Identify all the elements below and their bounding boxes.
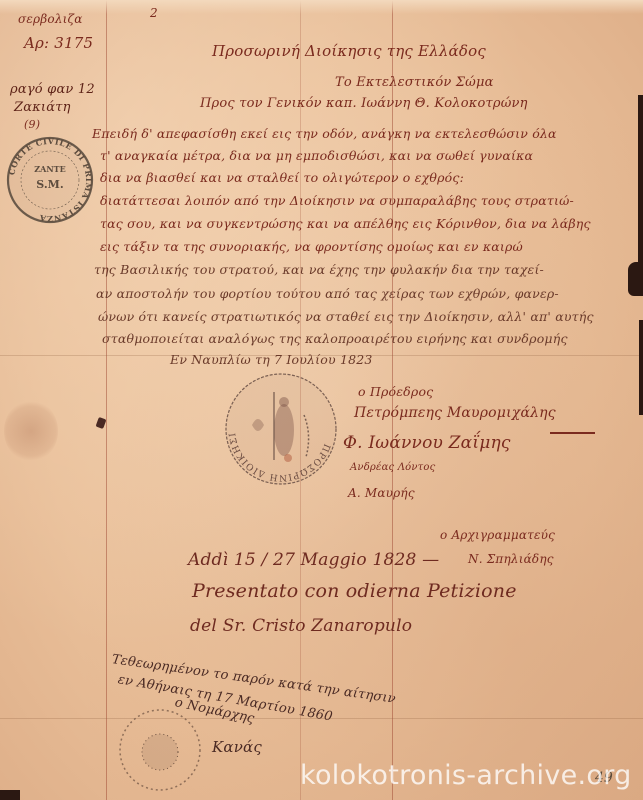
signature: Α. Μαυρής [348, 486, 415, 500]
signature: Πετρόμπεης Μαυρομιχάλης [354, 405, 556, 421]
italian-note-line: del Sr. Cristo Zanaropulo [190, 616, 412, 636]
body-line: τ' αναγκαία μέτρα, δια να μη εμποδισθώσι… [100, 148, 533, 163]
margin-note: ραγό φαν 12 [10, 82, 95, 97]
svg-text:S.M.: S.M. [36, 178, 63, 191]
signature: Φ. Ιωάννου Ζαΐμης [343, 433, 511, 453]
addressee-line: Προς τον Γενικόν καπ. Ιωάννη Θ. Κολοκοτρ… [200, 96, 528, 111]
body-line: διατάττεσαι λοιπόν από την Διοίκησιν να … [100, 193, 574, 208]
top-edge [0, 0, 643, 14]
body-line: σταθμοποιείται αναλόγως της καλοπροαιρέτ… [102, 331, 568, 346]
court-seal-icon: CORTE CIVILE DI PRIMA ISTANZA ZANTE S.M. [4, 134, 96, 226]
fold-line [106, 0, 107, 800]
italian-note-line: Presentato con odierna Petizione [192, 580, 517, 602]
number-mark: (9) [24, 118, 40, 131]
faded-seal-icon [115, 700, 205, 800]
government-seal-icon: ΠΡΟΣΩΡΙΝΗ ΔΙΟΙΚΗΣΙΣ [222, 370, 340, 488]
body-line: ώνων ότι κανείς στρατιωτικός να σταθεί ε… [98, 309, 594, 324]
margin-note: σερβολιζα [18, 12, 83, 26]
torn-edge [0, 790, 20, 800]
body-line: δια να βιασθεί και να σταλθεί το ολιγώτε… [100, 170, 464, 185]
signature-flourish [550, 432, 595, 434]
archive-watermark: kolokotronis-archive.org [300, 760, 632, 791]
svg-text:ZANTE: ZANTE [34, 164, 65, 174]
section-mark: 2 [150, 6, 158, 20]
body-line: εις τάξιν τα της συνοριακής, να φροντίση… [100, 239, 523, 254]
stain [4, 400, 58, 462]
body-line: Επειδή δ' απεφασίσθη εκεί εις την οδόν, … [92, 126, 557, 141]
margin-note-number: Αρ: 3175 [24, 34, 93, 52]
body-line: τας σου, και να συγκεντρώσης και να απέλ… [100, 216, 591, 231]
date-line: Εν Ναυπλίω τη 7 Ιουλίου 1823 [170, 352, 373, 367]
body-line: αν αποστολήν του φορτίου τούτου από τας … [96, 286, 559, 301]
secretary-signature: Ν. Σπηλιάδης [468, 552, 554, 566]
italian-note-line: Addì 15 / 27 Maggio 1828 — [188, 550, 439, 570]
torn-edge [628, 262, 643, 296]
endorsement-signature: Κανάς [212, 738, 262, 756]
torn-edge [638, 95, 643, 285]
signature: Ανδρέας Λόντος [350, 462, 435, 473]
ink-blot [96, 417, 107, 429]
secretary-label: ο Αρχιγραμματεύς [440, 528, 555, 542]
document-subheading: Το Εκτελεστικόν Σώμα [335, 75, 494, 90]
fold-line [392, 0, 393, 800]
torn-edge [639, 320, 643, 415]
document-heading: Προσωρινή Διοίκησις της Ελλάδος [212, 42, 486, 60]
margin-note: Ζακιάτη [14, 100, 71, 115]
body-line: της Βασιλικής του στρατού, και να έχης τ… [94, 262, 544, 277]
manuscript-page: σερβολιζα Αρ: 3175 ραγό φαν 12 Ζακιάτη 2… [0, 0, 643, 800]
signature-title: ο Πρόεδρος [358, 384, 433, 399]
